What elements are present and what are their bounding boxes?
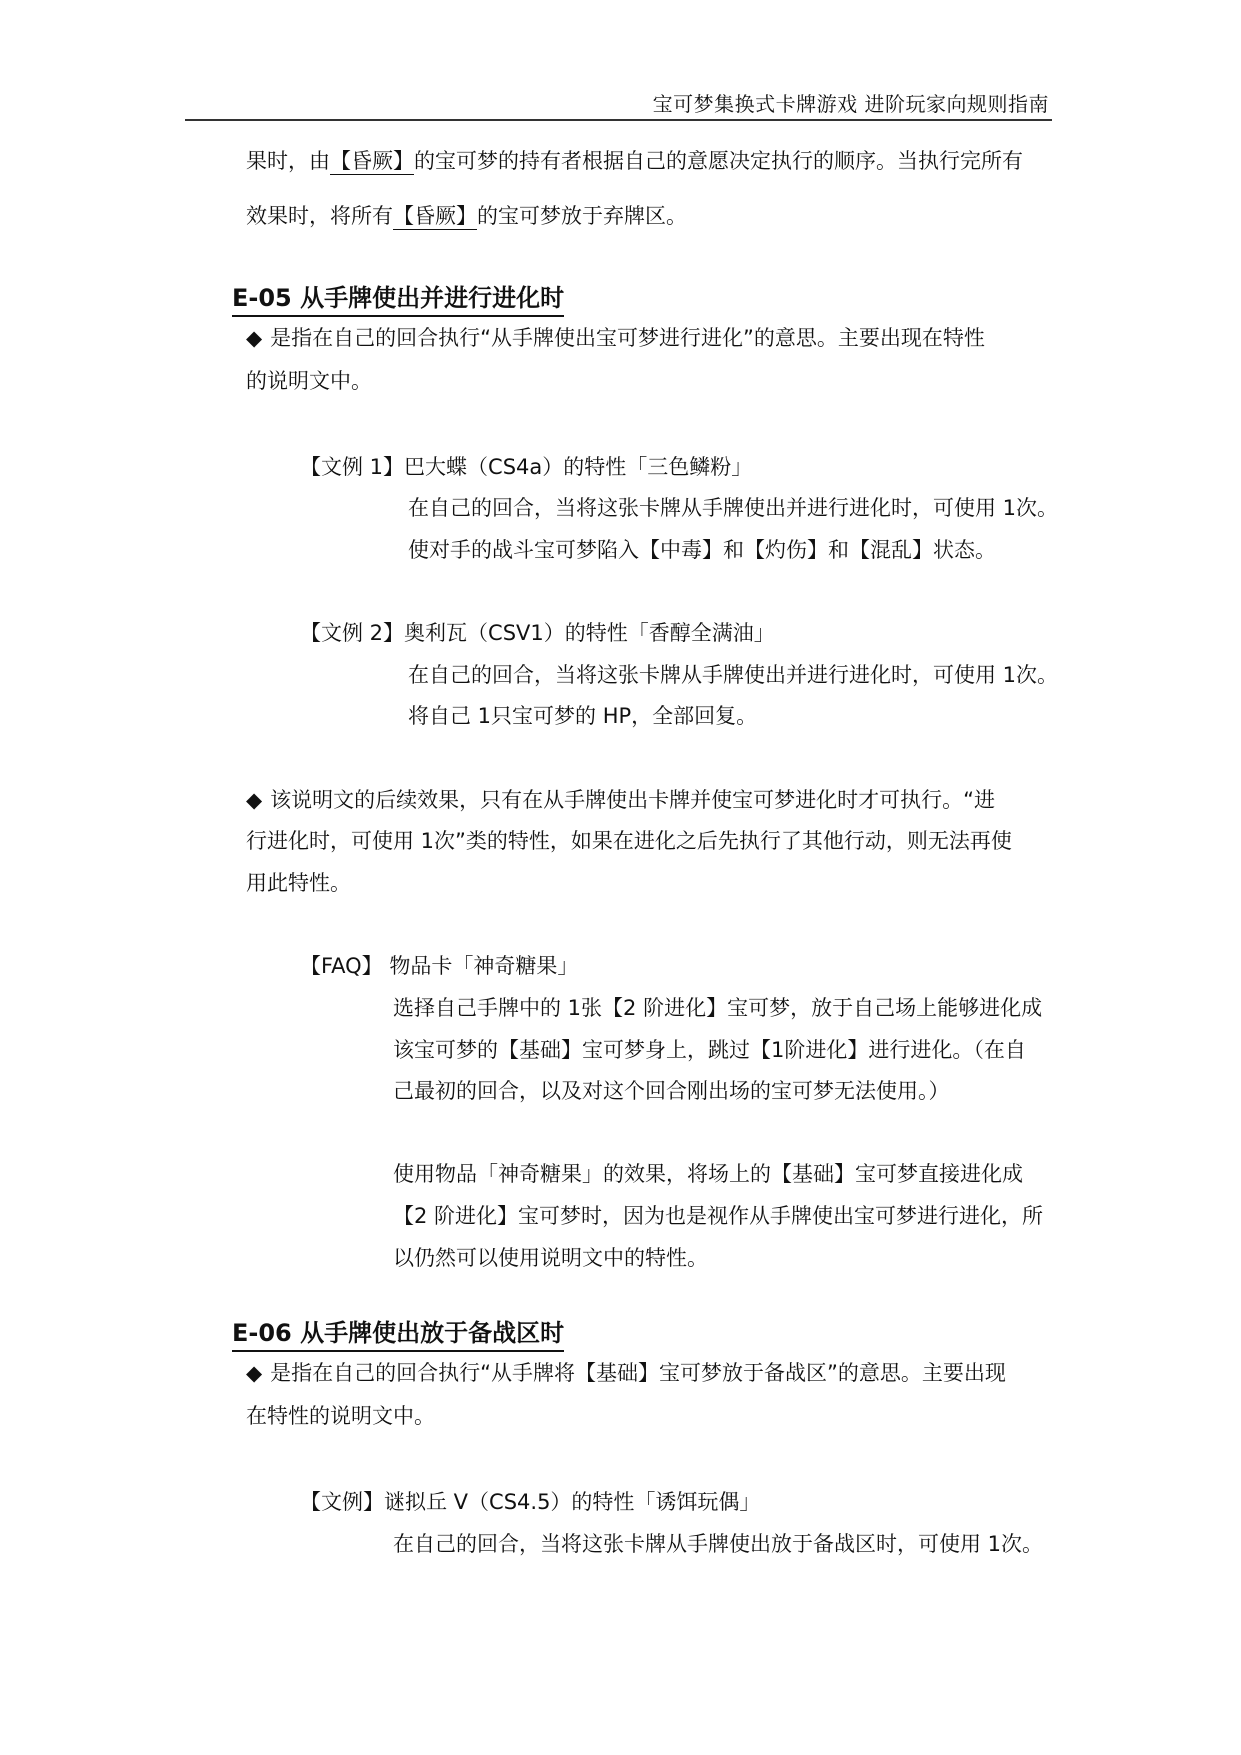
bullet-line-cont: 的说明文中。: [246, 361, 372, 402]
example-text: 使对手的战斗宝可梦陷入【中毒】和【灼伤】和【混乱】状态。: [408, 530, 996, 571]
bullet-line-cont: 行进化时，可使用 1次”类的特性，如果在进化之后先执行了其他行动，则无法再使: [246, 821, 1012, 862]
faq-text: 以仍然可以使用说明文中的特性。: [393, 1238, 708, 1279]
example-text: 在自己的回合，当将这张卡牌从手牌使出并进行进化时，可使用 1次。: [408, 488, 1058, 529]
bullet-line: ◆是指在自己的回合执行“从手牌使出宝可梦进行进化”的意思。主要出现在特性: [246, 318, 985, 359]
faq-text: 该宝可梦的【基础】宝可梦身上，跳过【1阶进化】进行进化。（在自: [393, 1030, 1026, 1071]
text: 效果时，将所有: [246, 204, 393, 228]
text: 的宝可梦放于弃牌区。: [477, 204, 687, 228]
example-text: 在自己的回合，当将这张卡牌从手牌使出并进行进化时，可使用 1次。: [408, 655, 1058, 696]
section-heading-e05: E-05 从手牌使出并进行进化时: [232, 283, 564, 317]
text: 是指在自己的回合执行“从手牌使出宝可梦进行进化”的意思。主要出现在特性: [270, 326, 985, 350]
faq-text: 使用物品「神奇糖果」的效果，将场上的【基础】宝可梦直接进化成: [393, 1154, 1023, 1195]
faq-text: 【2 阶进化】宝可梦时，因为也是视作从手牌使出宝可梦进行进化，所: [393, 1196, 1043, 1237]
bullet-line-cont: 在特性的说明文中。: [246, 1396, 435, 1437]
example-label-2: 【文例 2】奥利瓦（CSV1）的特性「香醇全满油」: [300, 613, 775, 654]
text: 该说明文的后续效果，只有在从手牌使出卡牌并使宝可梦进化时才可执行。“进: [270, 788, 995, 812]
intro-line-2: 效果时，将所有【昏厥】的宝可梦放于弃牌区。: [246, 196, 687, 237]
example-label: 【文例】谜拟丘 V（CS4.5）的特性「诱饵玩偶」: [300, 1482, 760, 1523]
document-title: 宝可梦集换式卡牌游戏 进阶玩家向规则指南: [653, 88, 1049, 117]
diamond-bullet-icon: ◆: [246, 318, 262, 359]
diamond-bullet-icon: ◆: [246, 780, 262, 821]
bullet-line-cont: 用此特性。: [246, 863, 351, 904]
faq-text: 己最初的回合，以及对这个回合刚出场的宝可梦无法使用。）: [393, 1071, 950, 1112]
text: 果时，由: [246, 149, 330, 173]
example-text: 在自己的回合，当将这张卡牌从手牌使出放于备战区时，可使用 1次。: [393, 1524, 1043, 1565]
diamond-bullet-icon: ◆: [246, 1353, 262, 1394]
header-divider: [185, 119, 1052, 121]
faq-text: 选择自己手牌中的 1张【2 阶进化】宝可梦，放于自己场上能够进化成: [393, 988, 1042, 1029]
term-faint: 【昏厥】: [330, 149, 414, 173]
bullet-line: ◆是指在自己的回合执行“从手牌将【基础】宝可梦放于备战区”的意思。主要出现: [246, 1353, 1006, 1394]
bullet-line: ◆该说明文的后续效果，只有在从手牌使出卡牌并使宝可梦进化时才可执行。“进: [246, 780, 995, 821]
intro-line-1: 果时，由【昏厥】的宝可梦的持有者根据自己的意愿决定执行的顺序。当执行完所有: [246, 141, 1023, 182]
section-heading-e06: E-06 从手牌使出放于备战区时: [232, 1318, 564, 1352]
text: 的宝可梦的持有者根据自己的意愿决定执行的顺序。当执行完所有: [414, 149, 1023, 173]
text: 是指在自己的回合执行“从手牌将【基础】宝可梦放于备战区”的意思。主要出现: [270, 1361, 1006, 1385]
example-label-1: 【文例 1】巴大蝶（CS4a）的特性「三色鳞粉」: [300, 447, 752, 488]
term-faint: 【昏厥】: [393, 204, 477, 228]
example-text: 将自己 1只宝可梦的 HP，全部回复。: [408, 696, 757, 737]
faq-label: 【FAQ】 物品卡「神奇糖果」: [300, 946, 578, 987]
